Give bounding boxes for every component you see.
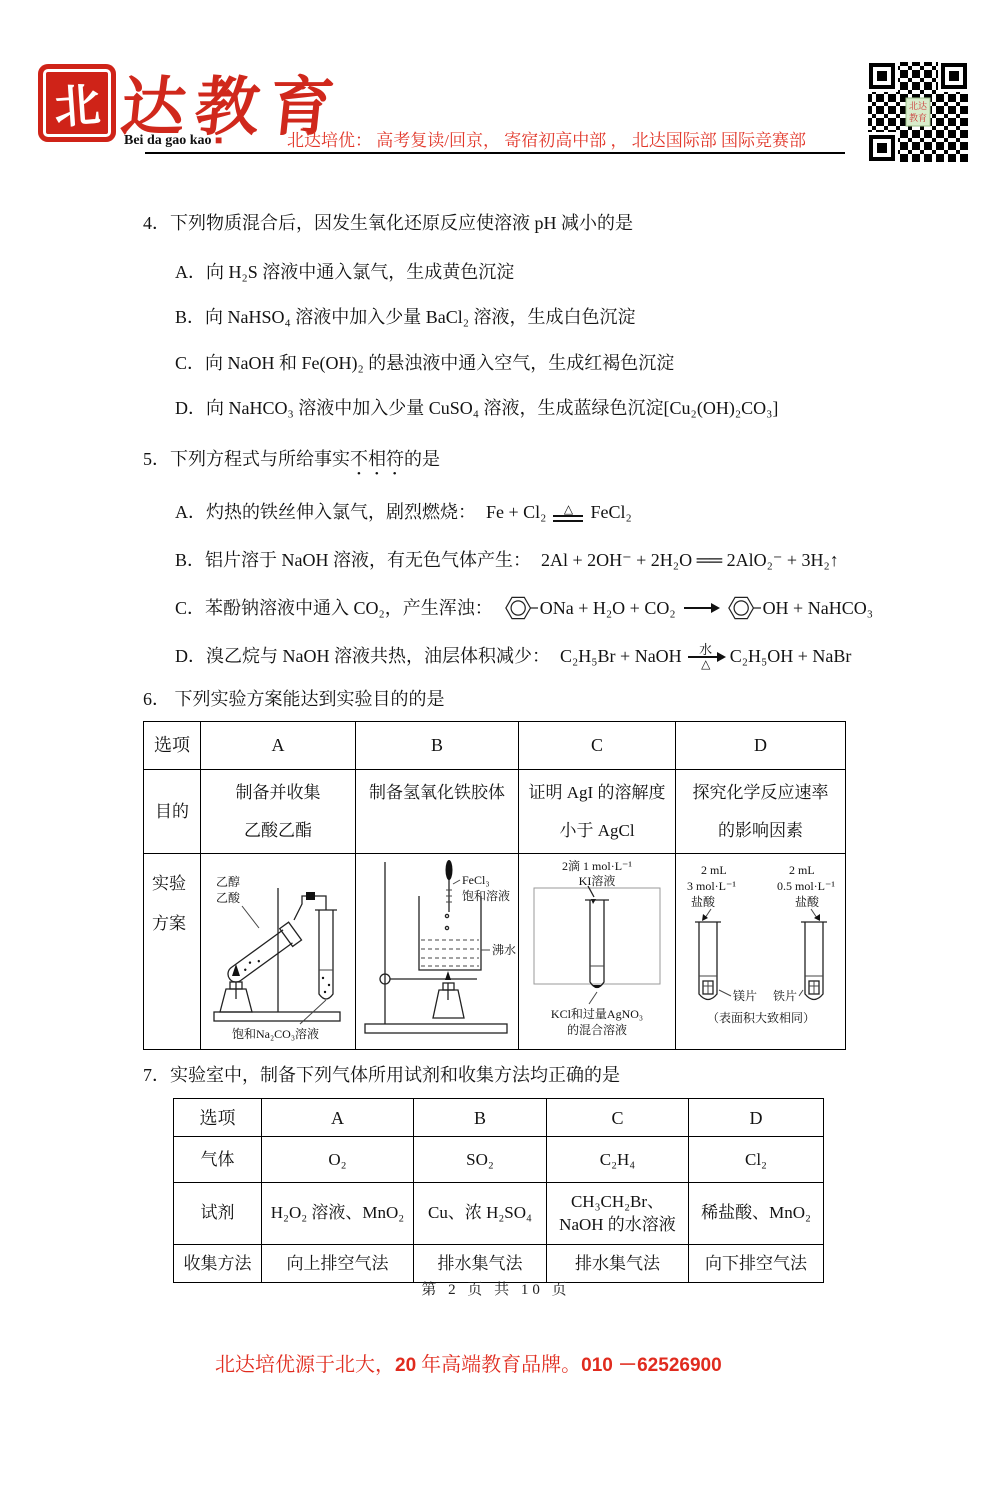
q6-header-row: 选项 A B C D (144, 721, 846, 769)
q7-stem: 7．实验室中，制备下列气体所用试剂和收集方法均正确的是 (143, 1064, 873, 1087)
equation-a-left: Fe + Cl₂ (486, 501, 546, 524)
q6-stem: 6． 下列实验方案能达到实验目的的是 (143, 688, 873, 711)
q4-option-c: C．向 NaOH 和 Fe(OH)₂ 的悬浊液中通入空气，生成红褐色沉淀 (143, 352, 873, 375)
svg-text:盐酸: 盐酸 (691, 894, 716, 909)
equation-b: 2Al + 2OH⁻ + 2H₂O ══ 2AlO₂⁻ + 3H₂↑ (541, 549, 839, 572)
svg-text:2 mL: 2 mL (701, 863, 727, 877)
question-4: 4．下列物质混合后，因发生氧化还原反应使溶液 pH 减小的是 A．向 H₂S 溶… (143, 212, 873, 420)
brand-seal-logo: 北 (38, 64, 116, 142)
q6-header-c: C (519, 721, 676, 769)
svg-text:镁片: 镁片 (733, 988, 757, 1003)
q5-option-a: A．灼热的铁丝伸入氯气，剧烈燃烧： Fe + Cl₂ △ FeCl₂ (143, 496, 873, 528)
equation-c-right: OH + NaHCO₃ (763, 597, 873, 620)
footer-contact: 北达培优源于北大，20 年高端教育品牌。010 －62526900 (215, 1348, 722, 1377)
footer-phone: 010 －62526900 (581, 1355, 722, 1376)
svg-text:KI溶液: KI溶液 (578, 873, 615, 888)
q6-scheme-d: 2 mL 3 mol·L⁻¹ 盐酸 2 mL 0.5 mol·L⁻¹ 盐酸 (676, 853, 846, 1049)
brand-subtitle: Bei da gao kao ■ (124, 133, 222, 149)
q6-scheme-row: 实验方案 乙醇 乙酸 (144, 853, 846, 1049)
question-7: 7．实验室中，制备下列气体所用试剂和收集方法均正确的是 选项 A B C D 气… (143, 1064, 873, 1284)
q5-option-d: D．溴乙烷与 NaOH 溶液共热，油层体积减少： C₂H₅Br + NaOH 水… (143, 640, 873, 672)
q6-purpose-d: 探究化学反应速率的影响因素 (676, 769, 846, 853)
q7-table: 选项 A B C D 气体 O₂ SO₂ C₂H₄ Cl₂ 试剂 H₂O₂ 溶液… (173, 1098, 824, 1283)
apparatus-rate-diagram: 2 mL 3 mol·L⁻¹ 盐酸 2 mL 0.5 mol·L⁻¹ 盐酸 (677, 854, 845, 1044)
svg-text:0.5 mol·L⁻¹: 0.5 mol·L⁻¹ (777, 879, 835, 893)
svg-text:（表面积大致相同）: （表面积大致相同） (706, 1010, 814, 1025)
q6-header-a: A (201, 721, 356, 769)
question-5: 5．下列方程式与所给事实不相符的是 A．灼热的铁丝伸入氯气，剧烈燃烧： Fe +… (143, 448, 873, 673)
page-number: 第 2 页 共 10 页 (0, 1278, 992, 1299)
q6-scheme-label: 实验方案 (144, 853, 201, 1049)
svg-text:北达: 北达 (909, 100, 927, 111)
q7-gas-a: O₂ (262, 1137, 414, 1183)
q7-reagent-c: CH₃CH₂Br、NaOH 的水溶液 (547, 1183, 689, 1245)
double-bond-line (553, 515, 583, 522)
q7-header-a: A (262, 1099, 414, 1137)
q7-gas-row: 气体 O₂ SO₂ C₂H₄ Cl₂ (174, 1137, 824, 1183)
q7-reagent-d: 稀盐酸、MnO₂ (689, 1183, 824, 1245)
q6-scheme-b: FeCl₃ 饱和溶液 沸水 (356, 853, 519, 1049)
header-tagline: 北达培优： 高考复读/回京， 寄宿初高中部 ， 北达国际部 国际竞赛部 (287, 126, 806, 151)
svg-text:3 mol·L⁻¹: 3 mol·L⁻¹ (687, 879, 736, 893)
condition-arrow: 水 △ (688, 643, 724, 670)
equation-d-right: C₂H₅OH + NaBr (730, 645, 852, 668)
svg-text:盐酸: 盐酸 (795, 894, 820, 909)
q6-purpose-row: 目的 制备并收集乙酸乙酯 制备氢氧化铁胶体 证明 AgI 的溶解度小于 AgCl… (144, 769, 846, 853)
q7-gas-label: 气体 (174, 1137, 262, 1183)
q5-stem: 5．下列方程式与所给事实不相符的是 (143, 448, 873, 471)
svg-text:教育: 教育 (909, 112, 927, 123)
q7-reagent-a: H₂O₂ 溶液、MnO₂ (262, 1183, 414, 1245)
q7-header-c: C (547, 1099, 689, 1137)
q7-reagent-b: Cu、浓 H₂SO₄ (414, 1183, 547, 1245)
q7-header-b: B (414, 1099, 547, 1137)
svg-text:铁片: 铁片 (773, 988, 797, 1003)
q5-option-c: C．苯酚钠溶液中通入 CO₂，产生浑浊： ONa + H₂O + CO₂ OH … (143, 592, 873, 624)
svg-text:饱和溶液: 饱和溶液 (462, 888, 510, 903)
q4-stem: 4．下列物质混合后，因发生氧化还原反应使溶液 pH 减小的是 (143, 212, 873, 235)
q7-reagent-row: 试剂 H₂O₂ 溶液、MnO₂ Cu、浓 H₂SO₄ CH₃CH₂Br、NaOH… (174, 1183, 824, 1245)
q7-header-d: D (689, 1099, 824, 1137)
qr-center-sticker: 北达 教育 (906, 98, 930, 126)
q6-header-d: D (676, 721, 846, 769)
q4-option-b: B．向 NaHSO₄ 溶液中加入少量 BaCl₂ 溶液，生成白色沉淀 (143, 306, 873, 329)
apparatus-ester-diagram: 乙醇 乙酸 (202, 854, 355, 1044)
equation-c-left: ONa + H₂O + CO₂ (540, 597, 676, 620)
q4-option-d: D．向 NaHCO₃ 溶液中加入少量 CuSO₄ 溶液，生成蓝绿色沉淀[Cu₂(… (143, 397, 873, 420)
q6-table: 选项 A B C D 目的 制备并收集乙酸乙酯 制备氢氧化铁胶体 证明 AgI … (143, 721, 846, 1050)
svg-text:FeCl₃: FeCl₃ (462, 873, 490, 887)
reaction-arrow (688, 656, 724, 658)
apparatus-solubility-diagram: 2滴 1 mol·L⁻¹ KI溶液 KCl和过量AgNO₃ 的混合溶液 (520, 854, 675, 1044)
q7-gas-d: Cl₂ (689, 1137, 824, 1183)
benzene-ring-icon (504, 592, 539, 624)
q7-reagent-label: 试剂 (174, 1183, 262, 1245)
svg-text:乙醇: 乙醇 (216, 874, 240, 889)
q6-purpose-label: 目的 (144, 769, 201, 853)
q7-header-label: 选项 (174, 1099, 262, 1137)
svg-text:饱和Na₂CO₃溶液: 饱和Na₂CO₃溶液 (232, 1026, 319, 1041)
red-square-mark: ■ (215, 133, 222, 147)
svg-text:乙酸: 乙酸 (216, 891, 241, 905)
q6-scheme-c: 2滴 1 mol·L⁻¹ KI溶液 KCl和过量AgNO₃ 的混合溶液 (519, 853, 676, 1049)
apparatus-colloid-diagram: FeCl₃ 饱和溶液 沸水 (357, 854, 518, 1044)
equation-d-left: C₂H₅Br + NaOH (560, 645, 682, 668)
q6-header-b: B (356, 721, 519, 769)
q6-purpose-a: 制备并收集乙酸乙酯 (201, 769, 356, 853)
svg-text:KCl和过量AgNO₃: KCl和过量AgNO₃ (550, 1006, 642, 1021)
equation-a-right: FeCl₂ (590, 501, 631, 524)
seal-character: 北 (52, 68, 102, 137)
q6-purpose-c: 证明 AgI 的溶解度小于 AgCl (519, 769, 676, 853)
svg-text:2 mL: 2 mL (789, 863, 815, 877)
q5-emphasized-text: 不相符 (350, 449, 404, 469)
question-6: 6． 下列实验方案能达到实验目的的是 选项 A B C D 目的 制备并收集乙酸… (143, 688, 873, 1050)
exam-content: 4．下列物质混合后，因发生氧化还原反应使溶液 pH 减小的是 A．向 H₂S 溶… (143, 212, 873, 1283)
svg-text:2滴 1 mol·L⁻¹: 2滴 1 mol·L⁻¹ (562, 859, 632, 873)
delta-over-equals: △ (553, 503, 583, 522)
q6-header-label: 选项 (144, 721, 201, 769)
q7-gas-b: SO₂ (414, 1137, 547, 1183)
q7-gas-c: C₂H₄ (547, 1137, 689, 1183)
q4-option-a: A．向 H₂S 溶液中通入氯气，生成黄色沉淀 (143, 261, 873, 284)
qr-code: 北达 教育 (868, 62, 968, 162)
svg-text:的混合溶液: 的混合溶液 (566, 1022, 626, 1037)
header-divider (145, 152, 845, 154)
svg-text:沸水: 沸水 (492, 942, 516, 957)
benzene-ring-icon (727, 592, 762, 624)
q5-option-b: B．铝片溶于 NaOH 溶液，有无色气体产生： 2Al + 2OH⁻ + 2H₂… (143, 544, 873, 576)
q6-scheme-a: 乙醇 乙酸 (201, 853, 356, 1049)
q6-purpose-b: 制备氢氧化铁胶体 (356, 769, 519, 853)
reaction-arrow (684, 607, 718, 609)
q7-header-row: 选项 A B C D (174, 1099, 824, 1137)
